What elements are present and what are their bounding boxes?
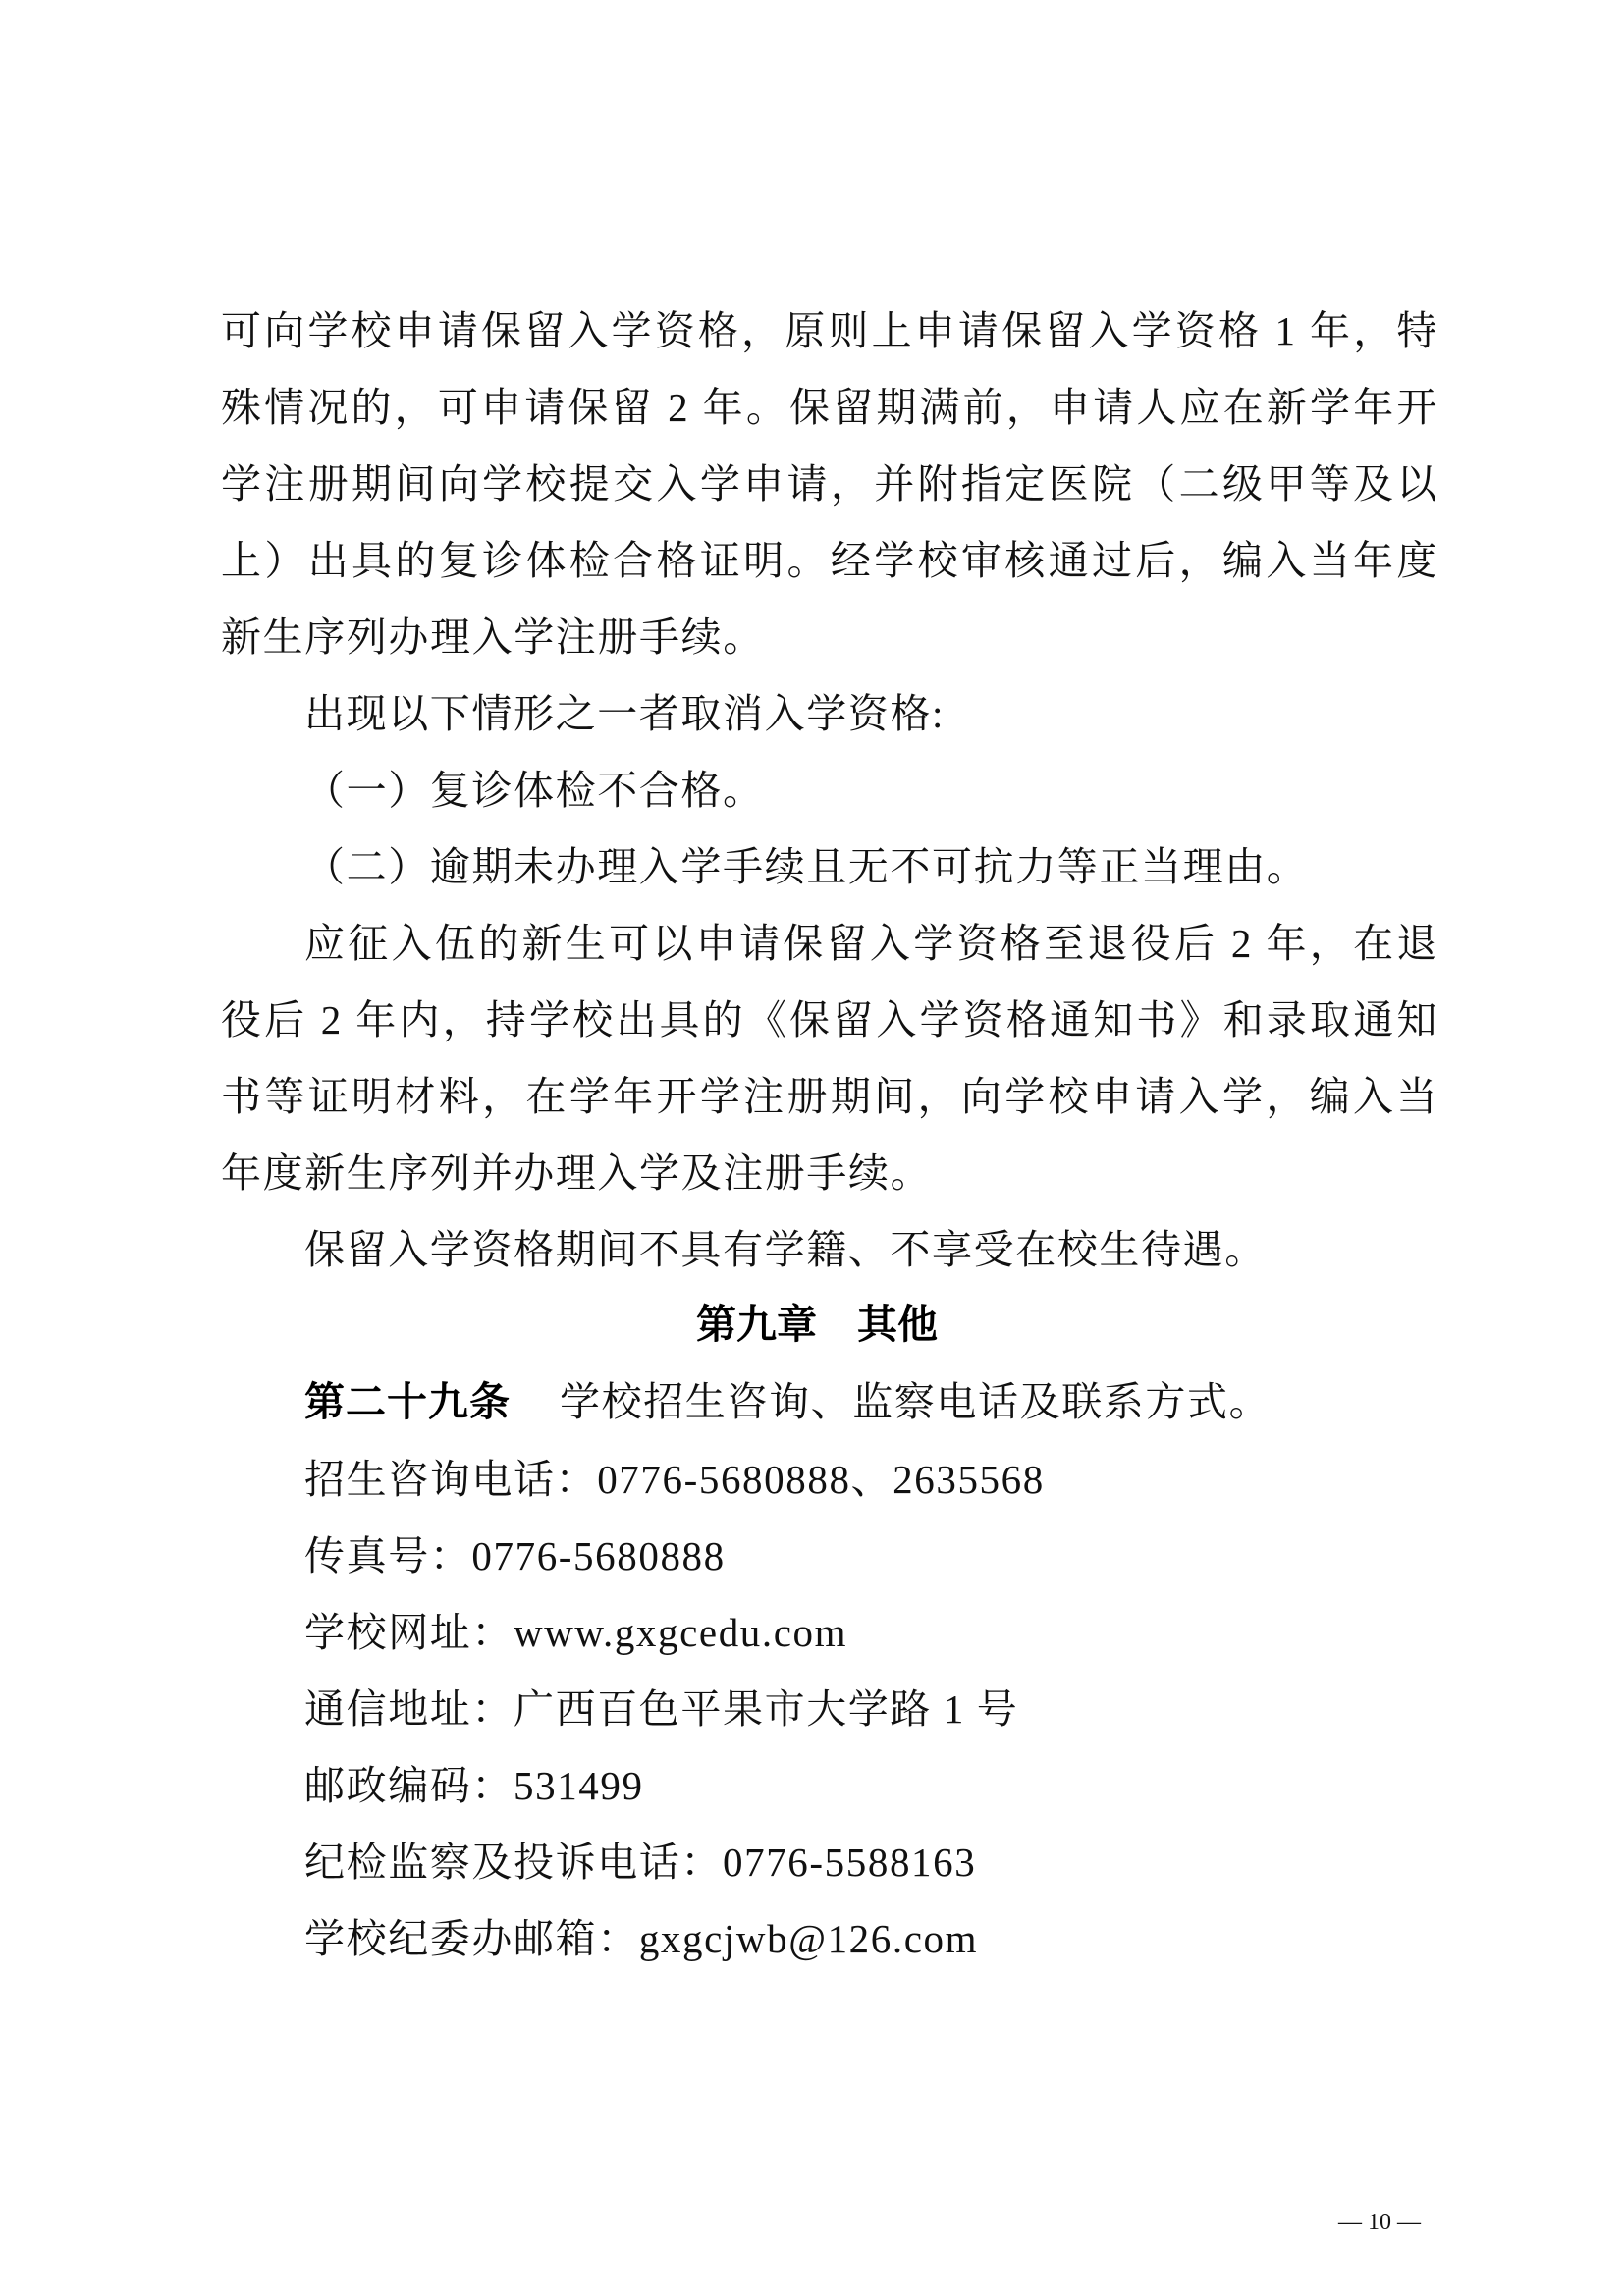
cancel-intro: 出现以下情形之一者取消入学资格:: [304, 675, 1438, 752]
paragraph-line: 应征入伍的新生可以申请保留入学资格至退役后 2 年，在退: [304, 905, 1438, 982]
chapter-heading: 第九章 其他: [0, 1286, 1624, 1362]
paragraph-line: 役后 2 年内，持学校出具的《保留入学资格通知书》和录取通知: [221, 982, 1438, 1058]
contact-value: 0776-5680888: [471, 1533, 725, 1578]
contact-postal-code: 邮政编码：531499: [304, 1747, 1438, 1824]
contact-value: 广西百色平果市大学路 1 号: [514, 1686, 1018, 1732]
contact-complaint-phone: 纪检监察及投诉电话：0776-5588163: [304, 1824, 1438, 1900]
contact-value: gxgcjwb@126.com: [639, 1916, 978, 1961]
contact-email: 学校纪委办邮箱：gxgcjwb@126.com: [304, 1900, 1438, 1977]
cancel-item: （一）复诊体检不合格。: [304, 752, 1438, 828]
contact-label: 学校网址：: [304, 1610, 514, 1655]
contact-website: 学校网址：www.gxgcedu.com: [304, 1594, 1438, 1671]
paragraph-line: 上）出具的复诊体检合格证明。经学校审核通过后，编入当年度: [221, 522, 1438, 599]
contact-label: 通信地址：: [304, 1686, 514, 1732]
contact-label: 纪检监察及投诉电话：: [304, 1840, 723, 1885]
contact-value: 0776-5680888、2635568: [597, 1457, 1045, 1502]
document-page: 可向学校申请保留入学资格，原则上申请保留入学资格 1 年，特 殊情况的，可申请保…: [0, 0, 1624, 2296]
paragraph-line: 新生序列办理入学注册手续。: [221, 599, 1438, 675]
paragraph-line: 可向学校申请保留入学资格，原则上申请保留入学资格 1 年，特: [221, 293, 1438, 369]
contact-admissions-phone: 招生咨询电话：0776-5680888、2635568: [304, 1441, 1438, 1518]
contact-fax: 传真号：0776-5680888: [304, 1518, 1438, 1594]
contact-value: 0776-5588163: [723, 1840, 976, 1885]
article-line: 第二十九条学校招生咨询、监察电话及联系方式。: [304, 1363, 1438, 1440]
cancel-item: （二）逾期未办理入学手续且无不可抗力等正当理由。: [304, 828, 1438, 905]
contact-label: 招生咨询电话：: [304, 1457, 597, 1502]
paragraph-line: 书等证明材料，在学年开学注册期间，向学校申请入学，编入当: [221, 1058, 1438, 1135]
contact-value: 531499: [514, 1763, 644, 1808]
contact-label: 学校纪委办邮箱：: [304, 1916, 639, 1961]
contact-address: 通信地址：广西百色平果市大学路 1 号: [304, 1671, 1438, 1747]
article-text: 学校招生咨询、监察电话及联系方式。: [560, 1379, 1271, 1424]
contact-label: 邮政编码：: [304, 1763, 514, 1808]
paragraph-line: 学注册期间向学校提交入学申请，并附指定医院（二级甲等及以: [221, 446, 1438, 522]
article-label: 第二十九条: [304, 1379, 511, 1424]
contact-value: www.gxgcedu.com: [514, 1610, 847, 1655]
paragraph-line: 殊情况的，可申请保留 2 年。保留期满前，申请人应在新学年开: [221, 369, 1438, 446]
retention-note: 保留入学资格期间不具有学籍、不享受在校生待遇。: [304, 1211, 1438, 1288]
paragraph-line: 年度新生序列并办理入学及注册手续。: [221, 1135, 1438, 1211]
contact-label: 传真号：: [304, 1533, 471, 1578]
page-number: — 10 —: [1330, 2203, 1429, 2242]
